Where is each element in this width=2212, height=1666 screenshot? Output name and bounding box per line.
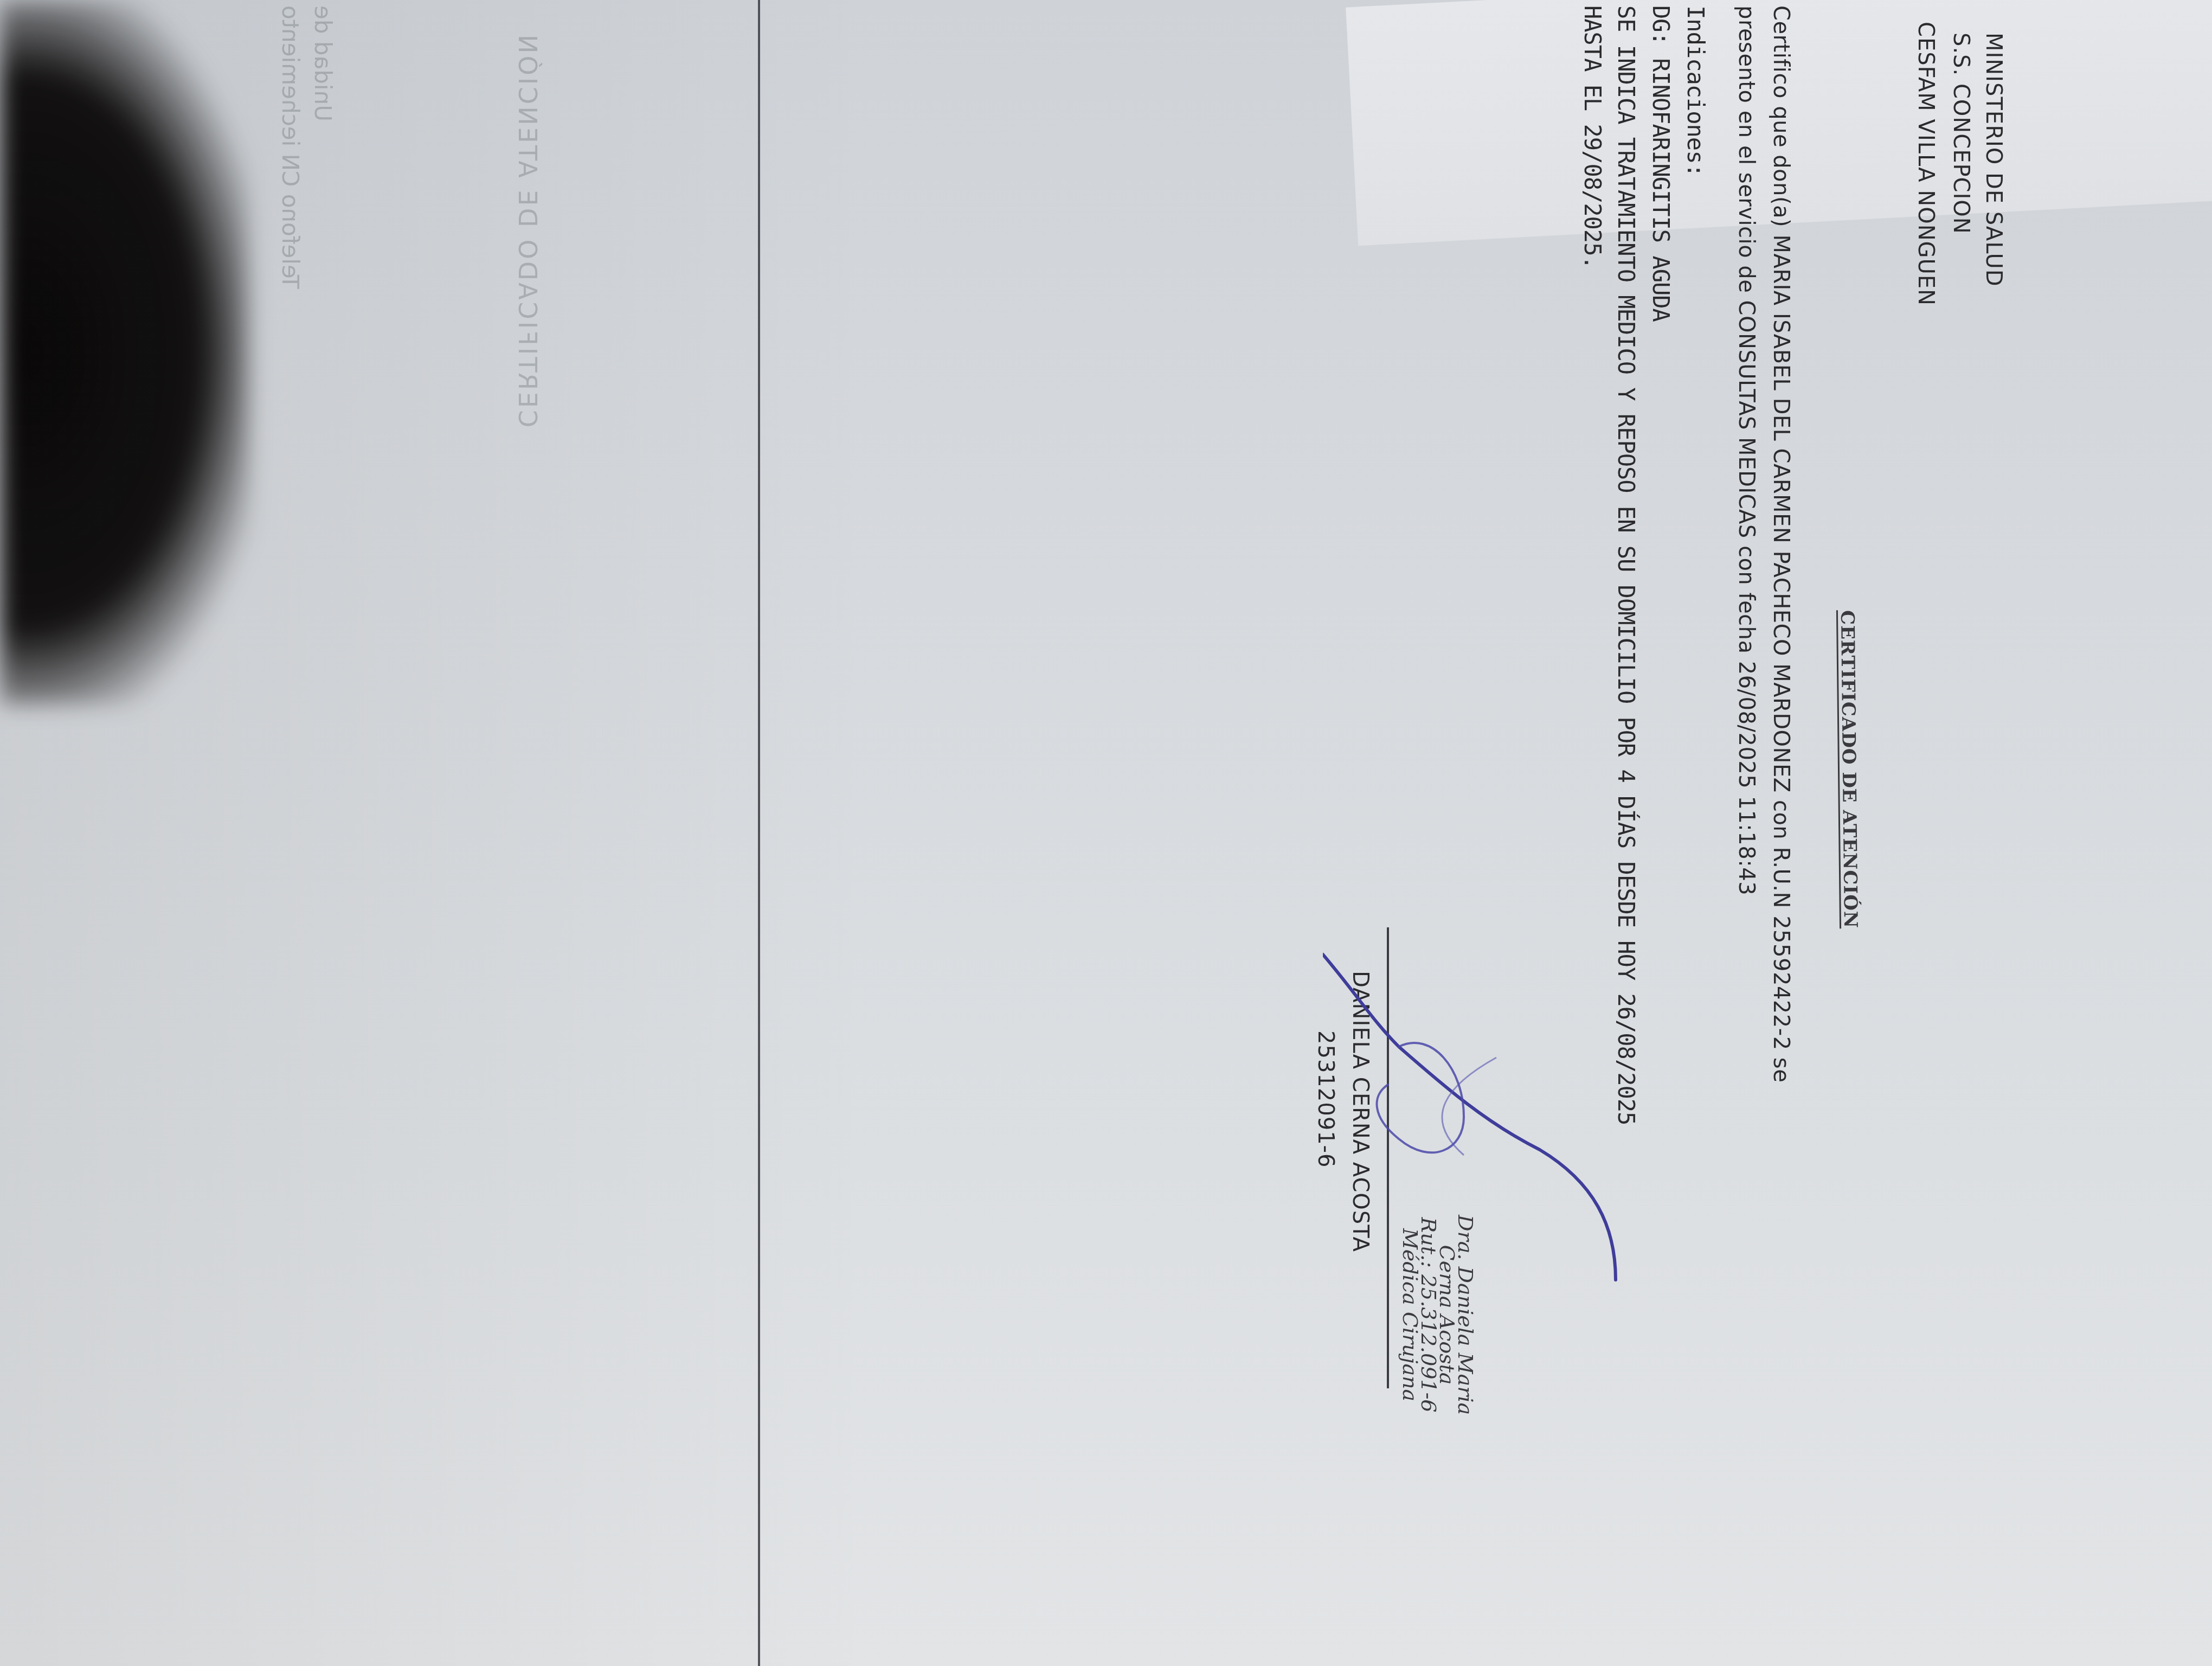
signatory-rut: 25312091-6 [1313,1030,1338,1168]
indications-label: Indicaciones: [1682,5,1709,177]
certificate-text-line-1: Certifico que don(a) MARIA ISABEL DEL CA… [1769,5,1793,1082]
header-cesfam: CESFAM VILLA NONGUEN [1913,22,1938,306]
doctor-stamp: Dra. Daniela Maria Cerna Acosta Rut.: 25… [1401,1215,1475,1415]
header-ministry: MINISTERIO DE SALUD [1981,33,2006,287]
header-health-service: S.S. CONCEPCION [1949,33,1973,234]
bleed-through-title: CERTIFICADO DE ATENCIÓN [513,33,542,427]
bleed-through-unit: Unidad de [310,5,336,121]
stamp-line-4: Médica Cirujana [1401,1215,1419,1415]
document-title: CERTIFICADO DE ATENCIÓN [1836,610,1861,928]
page-divider-line [758,0,760,1666]
signature-line [1387,927,1389,1388]
diagnosis: DG: RINOFARINGITIS AGUDA [1648,5,1674,322]
bleed-through-phone: Telefono CN iechemiento [277,5,304,289]
signatory-name: DANIELA CERNA ACOSTA [1348,971,1373,1252]
finger-shadow [0,0,249,705]
treatment-instruction: SE INDICA TRATAMIENTO MEDICO Y REPOSO EN… [1613,5,1639,1125]
stamp-line-1: Dra. Daniela Maria [1456,1215,1475,1415]
stamp-line-3: Rut.: 25.312.091-6 [1419,1215,1438,1415]
certificate-page: MINISTERIO DE SALUD S.S. CONCEPCION CESF… [0,0,2212,1666]
certificate-text-line-2: presento en el servicio de CONSULTAS MED… [1734,5,1759,895]
rest-until-date: HASTA EL 29/08/2025. [1579,5,1606,269]
